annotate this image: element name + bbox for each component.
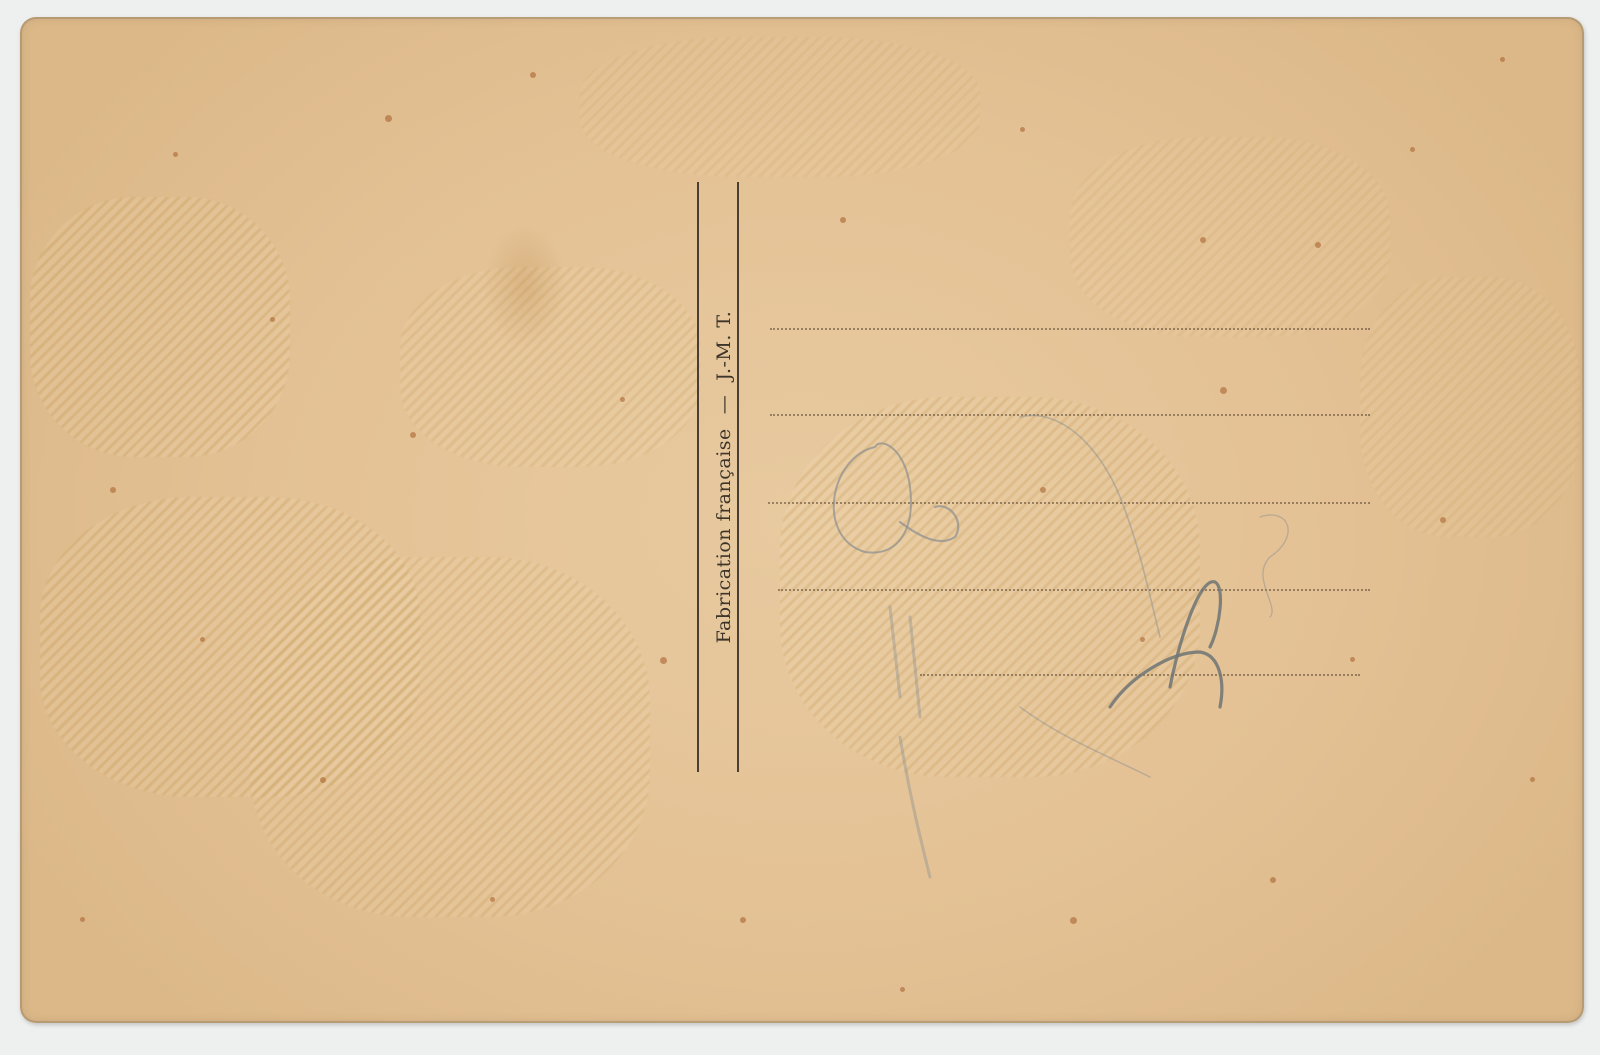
paper-texture (30, 197, 290, 457)
pencil-scribbles (20, 17, 1584, 1023)
paper-texture (1070, 137, 1390, 337)
paper-texture (780, 397, 1200, 777)
address-line-4 (778, 589, 1370, 591)
divider-caption: Fabrication française — J.-M. T. (709, 187, 739, 767)
publisher-initials: J.-M. T. (713, 311, 735, 381)
postcard-back: Fabrication française — J.-M. T. (20, 17, 1584, 1023)
paper-texture (1360, 277, 1580, 537)
paper-texture (250, 557, 650, 917)
address-line-5 (920, 674, 1360, 676)
separator-dash: — (713, 395, 735, 415)
address-line-3 (768, 502, 1370, 504)
manufacture-text: Fabrication française (713, 428, 735, 643)
paper-texture (400, 267, 700, 467)
address-line-2 (770, 414, 1370, 416)
divider-line-left (697, 182, 699, 772)
paper-texture (580, 37, 980, 177)
paper-texture (40, 497, 420, 797)
address-line-1 (770, 328, 1370, 330)
